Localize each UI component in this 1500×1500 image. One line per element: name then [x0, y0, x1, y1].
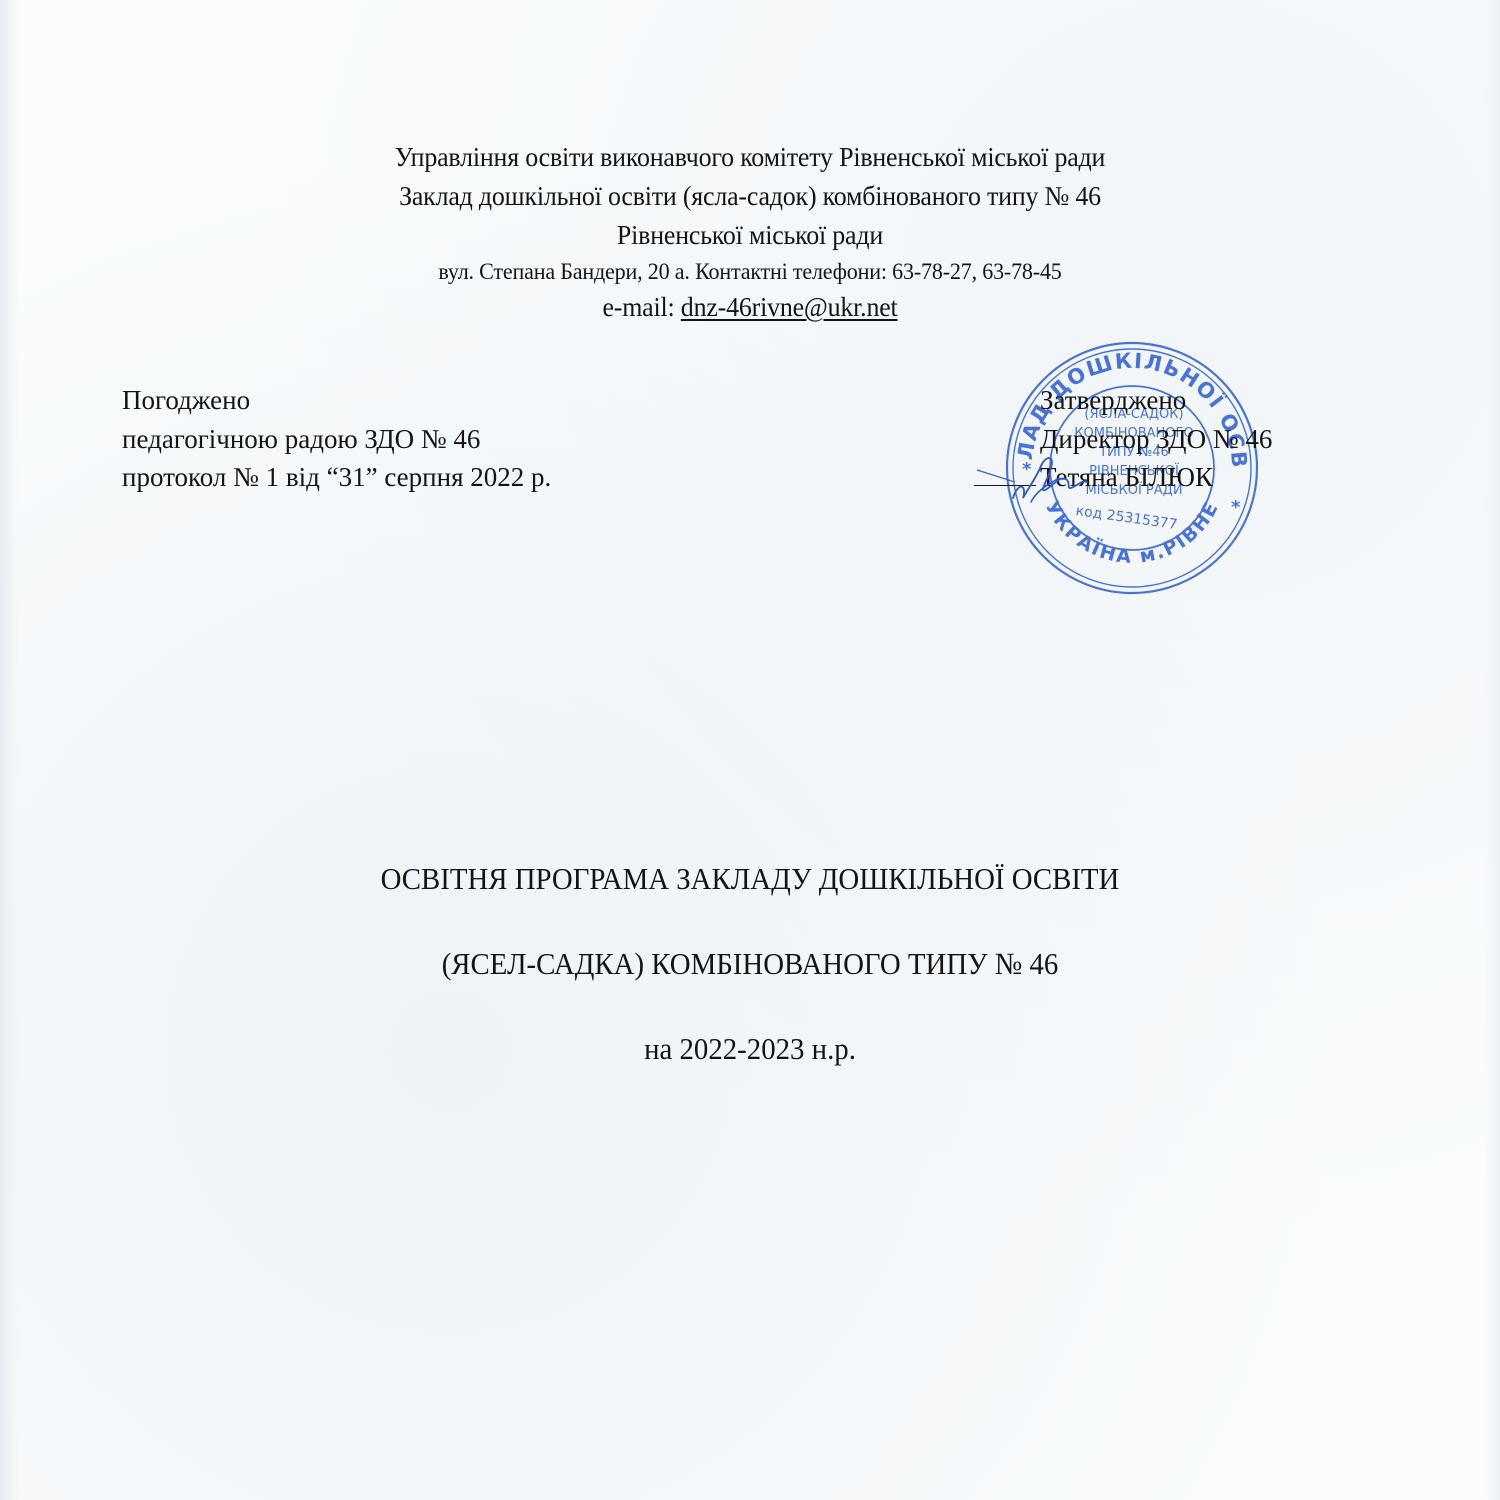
email-label: e-mail: [602, 292, 680, 322]
email-address: dnz-46rivne@ukr.net [681, 292, 898, 322]
header-address: вул. Степана Бандери, 20 а. Контактні те… [30, 255, 1470, 288]
stamp-star-right-icon: * [1231, 497, 1241, 518]
director-signature [975, 440, 1095, 510]
header-institution-name: Заклад дошкільної освіти (ясла-садок) ко… [30, 177, 1470, 216]
header-email: e-mail: dnz-46rivne@ukr.net [30, 288, 1470, 327]
agreed-body: педагогічною радою ЗДО № 46 [122, 420, 551, 459]
document-title: ОСВІТНЯ ПРОГРАМА ЗАКЛАДУ ДОШКІЛЬНОЇ ОСВІ… [0, 836, 1500, 1091]
header-city-council: Рівненської міської ради [30, 216, 1470, 255]
agreed-protocol: протокол № 1 від “31” серпня 2022 р. [122, 458, 551, 497]
header-department: Управління освіти виконавчого комітету Р… [30, 138, 1470, 177]
agreed-title: Погоджено [122, 381, 551, 420]
approval-agreed-block: Погоджено педагогічною радою ЗДО № 46 пр… [122, 381, 551, 497]
title-academic-year: на 2022-2023 н.р. [53, 1006, 1448, 1091]
institution-header: Управління освіти виконавчого комітету Р… [0, 138, 1500, 327]
approved-title: Затверджено [1040, 381, 1272, 420]
title-line-1: ОСВІТНЯ ПРОГРАМА ЗАКЛАДУ ДОШКІЛЬНОЇ ОСВІ… [53, 836, 1448, 921]
title-line-2: (ЯСЕЛ-САДКА) КОМБІНОВАНОГО ТИПУ № 46 [53, 921, 1448, 1006]
